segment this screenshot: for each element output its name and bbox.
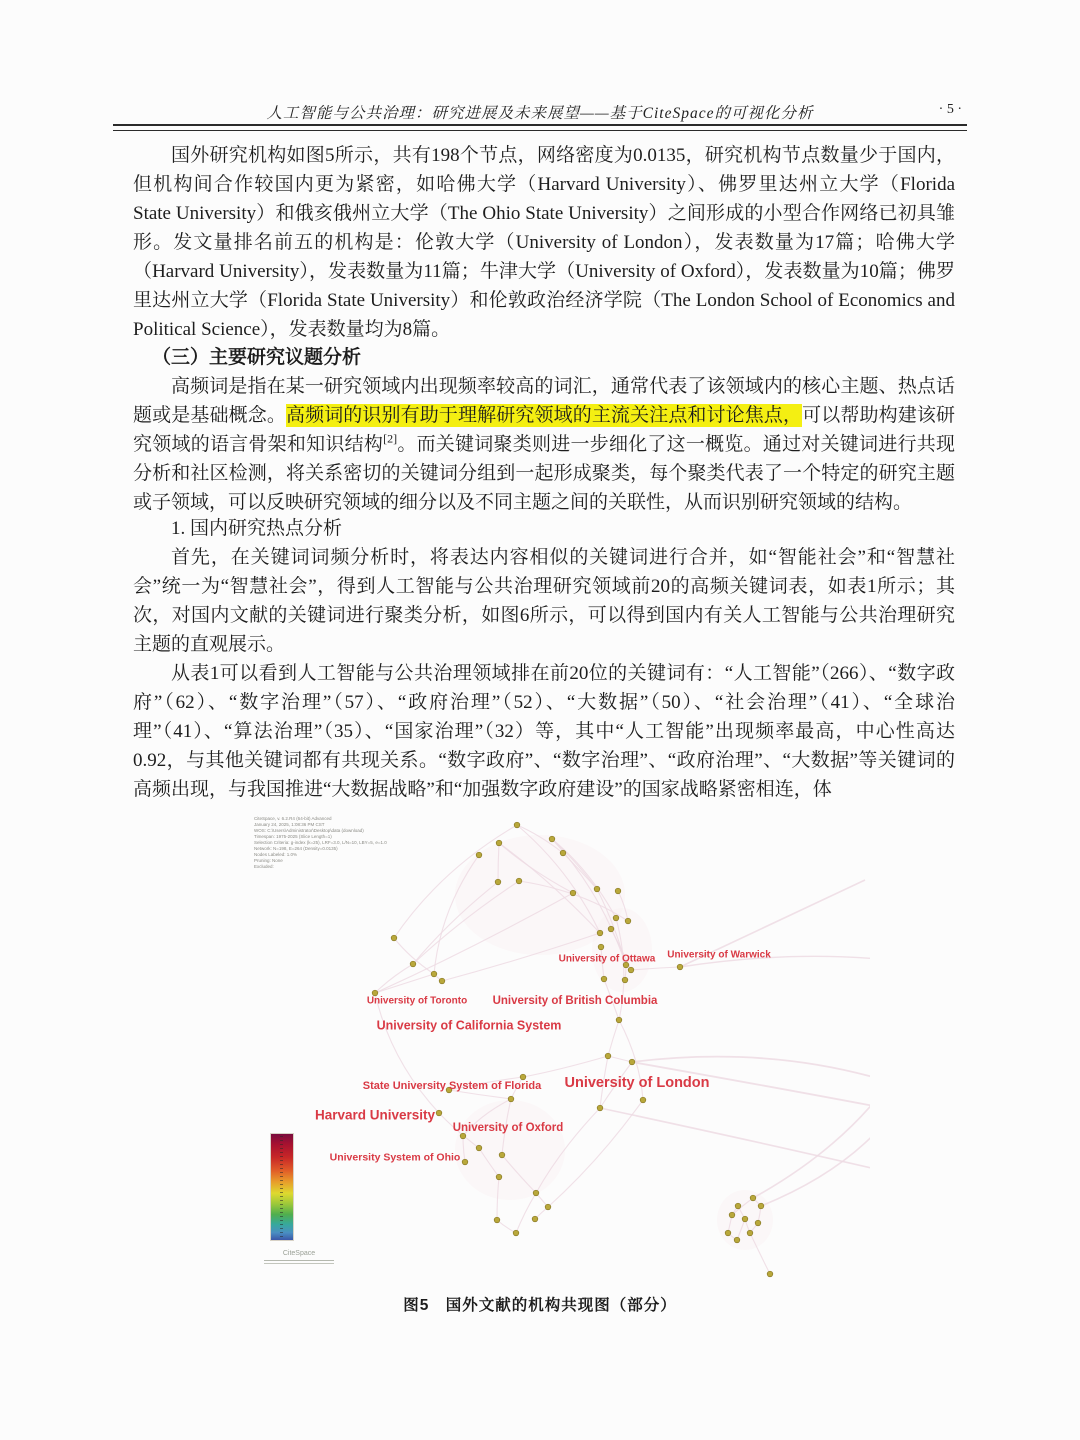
citespace-logo-mark	[264, 1258, 334, 1266]
network-edge	[375, 974, 434, 993]
institution-label: University of Toronto	[367, 996, 467, 1007]
citespace-logo: CiteSpace	[264, 1250, 334, 1266]
network-node	[597, 930, 603, 936]
network-node	[495, 879, 501, 885]
running-title: 人工智能与公共治理：研究进展及未来展望——基于CiteSpace的可视化分析	[0, 101, 1080, 123]
paragraph-top20-keywords: 从表1可以看到人工智能与公共治理领域排在前20位的关键词有：“人工智能”（266…	[133, 659, 955, 804]
network-node	[729, 1212, 735, 1218]
network-node	[597, 1105, 603, 1111]
paragraph-foreign-institutions: 国外研究机构如图5所示，共有198个节点，网络密度为0.0135，研究机构节点数…	[133, 141, 955, 344]
citespace-metadata: CiteSpace, v. 6.2.R4 (64-bit) AdvancedJa…	[254, 816, 444, 870]
network-node	[494, 1217, 500, 1223]
network-node	[640, 1097, 646, 1103]
network-edge	[753, 1082, 870, 1198]
network-node	[613, 915, 619, 921]
network-node	[410, 961, 416, 967]
document-page: 人工智能与公共治理：研究进展及未来展望——基于CiteSpace的可视化分析 ·…	[0, 0, 1080, 1440]
network-node	[549, 836, 555, 842]
network-node	[532, 1216, 538, 1222]
network-node	[391, 935, 397, 941]
network-node	[598, 944, 604, 950]
edge-density-blob	[455, 1100, 565, 1200]
network-node	[460, 1133, 466, 1139]
institution-label: Harvard University	[315, 1108, 436, 1123]
network-node	[767, 1271, 773, 1277]
network-node	[436, 1110, 442, 1116]
network-node	[758, 1203, 764, 1209]
network-edge	[523, 1056, 608, 1077]
network-node	[608, 926, 614, 932]
network-node	[462, 1159, 468, 1165]
network-node	[677, 964, 683, 970]
network-node	[605, 1053, 611, 1059]
network-node	[594, 886, 600, 892]
network-node	[533, 1190, 539, 1196]
network-edge	[600, 1108, 870, 1170]
network-node	[545, 1204, 551, 1210]
network-node	[560, 850, 566, 856]
network-node	[622, 977, 628, 983]
network-node	[516, 878, 522, 884]
institution-label: University of Oxford	[453, 1122, 564, 1134]
network-node	[615, 888, 621, 894]
network-node	[742, 1216, 748, 1222]
network-node	[496, 840, 502, 846]
subheading-domestic-hotspots: 1. 国内研究热点分析	[133, 514, 955, 543]
institution-label: State University System of Florida	[363, 1080, 542, 1092]
network-node	[570, 890, 576, 896]
network-edge	[375, 993, 439, 1113]
network-node	[499, 1152, 505, 1158]
institution-label: University of British Columbia	[493, 995, 658, 1007]
highlighted-text: 高频词的识别有助于理解研究领域的主流关注点和讨论焦点，	[286, 404, 802, 427]
institution-label: University System of Ohio	[330, 1152, 461, 1164]
paragraph-high-frequency-words: 高频词是指在某一研究领域内出现频率较高的词汇，通常代表了该领域内的核心主题、热点…	[133, 372, 955, 517]
network-node	[625, 918, 631, 924]
network-node	[629, 1059, 635, 1065]
network-node	[431, 971, 437, 977]
network-edge	[608, 1056, 632, 1062]
network-node	[735, 1203, 741, 1209]
cooccurrence-network-chart: University of OttawaUniversity of Warwic…	[250, 810, 870, 1290]
institution-label: University of California System	[377, 1018, 562, 1032]
network-node	[755, 1220, 761, 1226]
figure-5-network: University of OttawaUniversity of Warwic…	[250, 810, 870, 1290]
network-node	[476, 1145, 482, 1151]
network-node	[514, 822, 520, 828]
network-node	[734, 1237, 740, 1243]
citation-superscript: [2]	[383, 432, 397, 446]
network-node	[628, 967, 634, 973]
network-node	[439, 978, 445, 984]
network-edge	[608, 1020, 619, 1056]
figure-caption: 图5 国外文献的机构共现图（部分）	[0, 1293, 1080, 1315]
network-node	[508, 1096, 514, 1102]
institution-label: University of Ottawa	[559, 954, 656, 965]
network-node	[513, 1230, 519, 1236]
network-node	[496, 1174, 502, 1180]
page-number: · 5 ·	[939, 102, 962, 118]
network-node	[476, 852, 482, 858]
citespace-metadata-line: Excluded:	[254, 864, 444, 870]
network-node	[725, 1230, 731, 1236]
network-node	[747, 1230, 753, 1236]
colorbar-legend	[270, 1133, 294, 1241]
institution-label: University of London	[565, 1075, 710, 1091]
network-node	[601, 976, 607, 982]
institution-label: University of Warwick	[667, 950, 771, 961]
network-node	[750, 1195, 756, 1201]
network-edge	[497, 1220, 516, 1233]
section-heading-research-topics: （三）主要研究议题分析	[133, 343, 955, 372]
network-node	[616, 1017, 622, 1023]
paragraph-keyword-merging: 首先，在关键词词频分析时，将表达内容相似的关键词进行合并，如“智能社会”和“智慧…	[133, 543, 955, 659]
colorbar-ticks	[280, 1136, 283, 1238]
citespace-logo-text: CiteSpace	[283, 1250, 315, 1257]
header-rule	[113, 124, 967, 131]
